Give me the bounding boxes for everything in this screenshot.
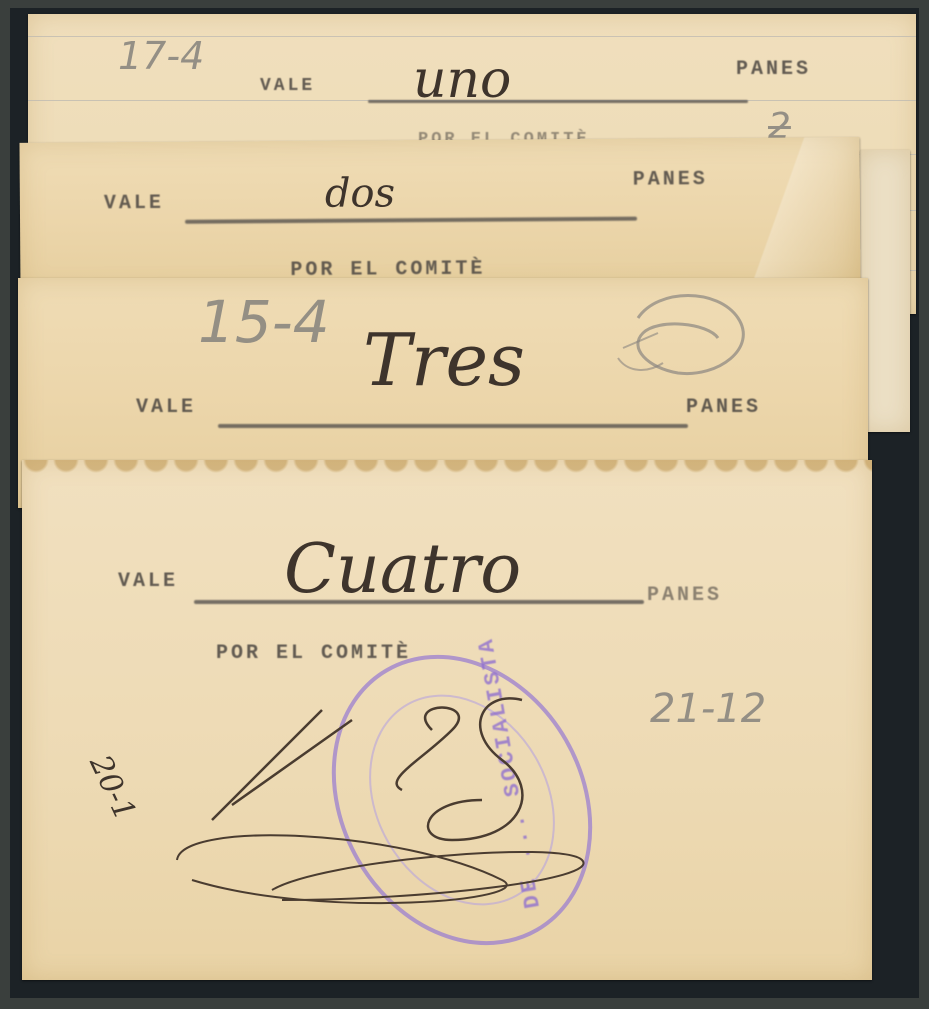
handwritten-amount: uno [413,50,511,110]
stamp-vale: VALE [260,76,315,96]
seal-text: DE ... SOCIALISTA [473,635,545,911]
stamp-panes: PANES [633,168,708,192]
stamp-vale: VALE [104,192,164,215]
voucher-4: VALE Cuatro PANES POR EL COMITÈ 21-12 20… [22,460,872,980]
handwritten-amount: dos [325,170,396,216]
torn-bottom-edge [22,966,872,986]
stamp-panes: PANES [686,396,761,419]
pencil-date-note: 17-4 [118,34,204,78]
stamp-panes: PANES [647,584,722,607]
pencil-date-note: 21-12 [650,686,766,732]
amount-underline [185,217,637,224]
voucher-2: VALE dos PANES POR EL COMITÈ [19,137,860,293]
ink-date-note: 20-1 [82,750,142,826]
pencil-date-note: 15-4 [198,288,330,356]
stamp-vale: VALE [136,396,196,419]
folded-corner [729,137,860,288]
stamp-por-el-comite: POR EL COMITÈ [216,642,411,665]
stamp-panes: PANES [736,58,811,81]
stamp-vale: VALE [118,570,178,593]
handwritten-amount: Tres [363,318,525,402]
handwritten-amount: Cuatro [284,530,521,609]
torn-scalloped-edge [22,460,872,494]
amount-underline [218,424,688,428]
